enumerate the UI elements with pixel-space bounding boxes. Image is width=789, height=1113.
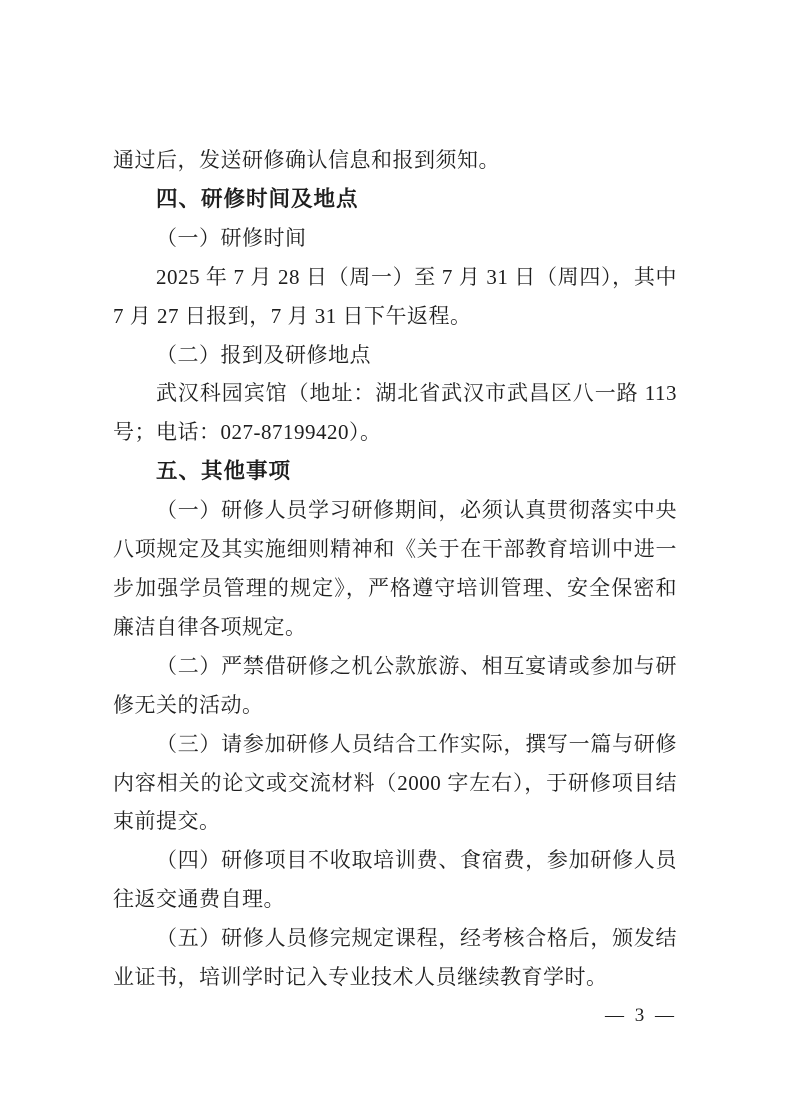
- paragraph: （三）请参加研修人员结合工作实际，撰写一篇与研修内容相关的论文或交流材料（200…: [113, 725, 677, 842]
- paragraph: （四）研修项目不收取培训费、食宿费，参加研修人员往返交通费自理。: [113, 841, 677, 919]
- paragraph: （二）严禁借研修之机公款旅游、相互宴请或参加与研修无关的活动。: [113, 647, 677, 725]
- document-page: 通过后，发送研修确认信息和报到须知。四、研修时间及地点（一）研修时间2025 年…: [0, 0, 789, 1113]
- paragraph: （一）研修时间: [113, 219, 677, 258]
- document-body: 通过后，发送研修确认信息和报到须知。四、研修时间及地点（一）研修时间2025 年…: [113, 141, 677, 997]
- paragraph: 通过后，发送研修确认信息和报到须知。: [113, 141, 677, 180]
- paragraph: 武汉科园宾馆（地址：湖北省武汉市武昌区八一路 113 号；电话：027-8719…: [113, 374, 677, 452]
- page-number: — 3 —: [605, 1005, 677, 1027]
- paragraph: （一）研修人员学习研修期间，必须认真贯彻落实中央八项规定及其实施细则精神和《关于…: [113, 491, 677, 647]
- section-heading: 五、其他事项: [113, 452, 677, 491]
- paragraph: （五）研修人员修完规定课程，经考核合格后，颁发结业证书，培训学时记入专业技术人员…: [113, 919, 677, 997]
- paragraph: （二）报到及研修地点: [113, 336, 677, 375]
- paragraph: 2025 年 7 月 28 日（周一）至 7 月 31 日（周四），其中 7 月…: [113, 258, 677, 336]
- section-heading: 四、研修时间及地点: [113, 180, 677, 219]
